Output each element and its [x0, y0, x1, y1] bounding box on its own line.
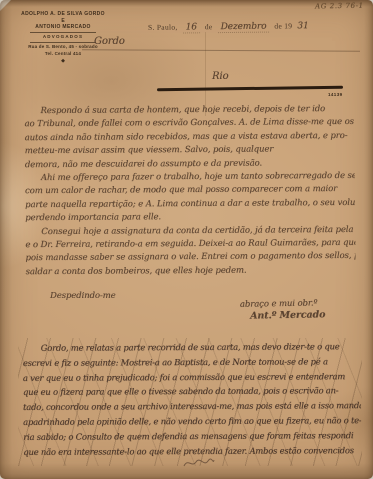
letterhead-telephone: Tel. Central 414 [16, 51, 110, 57]
destination: Rio [212, 71, 228, 82]
farewell-note: Despedindo-me [50, 291, 116, 301]
diamond-ornament-icon: ◆ [16, 58, 110, 64]
salutation: Gordo [94, 36, 125, 47]
handwritten-line: saldar a conta dos bombeiros, que elles … [26, 264, 356, 280]
reply-line: Gordo, me relatas a parte recorrida de s… [23, 339, 361, 356]
dateline-de-19: de 19 [274, 21, 292, 30]
letterhead-name-2: ANTONIO MERCADO [16, 24, 110, 31]
letterhead-rule [30, 32, 96, 33]
torn-corner [0, 0, 11, 11]
archival-annotation: AG 2.3 76-1 [315, 2, 364, 11]
handwritten-line: autos ainda não tinham sido recebidos, m… [25, 130, 355, 146]
dateline-month: Dezembro [217, 22, 269, 34]
closing: abraço e mui obr.º Ant.º Mercado [240, 298, 326, 322]
form-number: 14139 [328, 92, 343, 97]
reply-line: ria sabido; o Consulto de quem defendia … [23, 428, 361, 445]
destination-underline [157, 86, 343, 91]
letter-body: Respondo á sua carta de hontem, que hoje… [24, 103, 355, 279]
signature: Ant.º Mercado [250, 309, 325, 322]
letterhead-rule [30, 42, 96, 43]
dateline-year: 31 [297, 21, 308, 31]
dateline: S. Paulo, 16 de Dezembro de 19 31 [148, 21, 309, 34]
ink-scribble [182, 456, 216, 470]
reply-line: escrevi e fiz o seguinte: Mostrei-a ao B… [23, 354, 361, 371]
handwritten-line: pois mandasse saber se assignara o vale.… [25, 250, 355, 266]
reply-note: Gordo, me relatas a parte recorrida de s… [23, 339, 362, 459]
dateline-day: 16 [183, 22, 200, 33]
handwritten-line: parte naquella repartição; e A. Lima con… [25, 197, 355, 213]
reply-line: apadrinhado pela opinião delle, e não ve… [23, 413, 361, 430]
scanned-letter: AG 2.3 76-1 ADOLPHO A. DE SILVA GORDO E … [0, 0, 373, 479]
dateline-de: de [205, 22, 213, 31]
letterhead-name-1: ADOLPHO A. DE SILVA GORDO [16, 11, 110, 18]
dateline-city: S. Paulo, [148, 23, 178, 32]
addressee-line [82, 49, 360, 51]
